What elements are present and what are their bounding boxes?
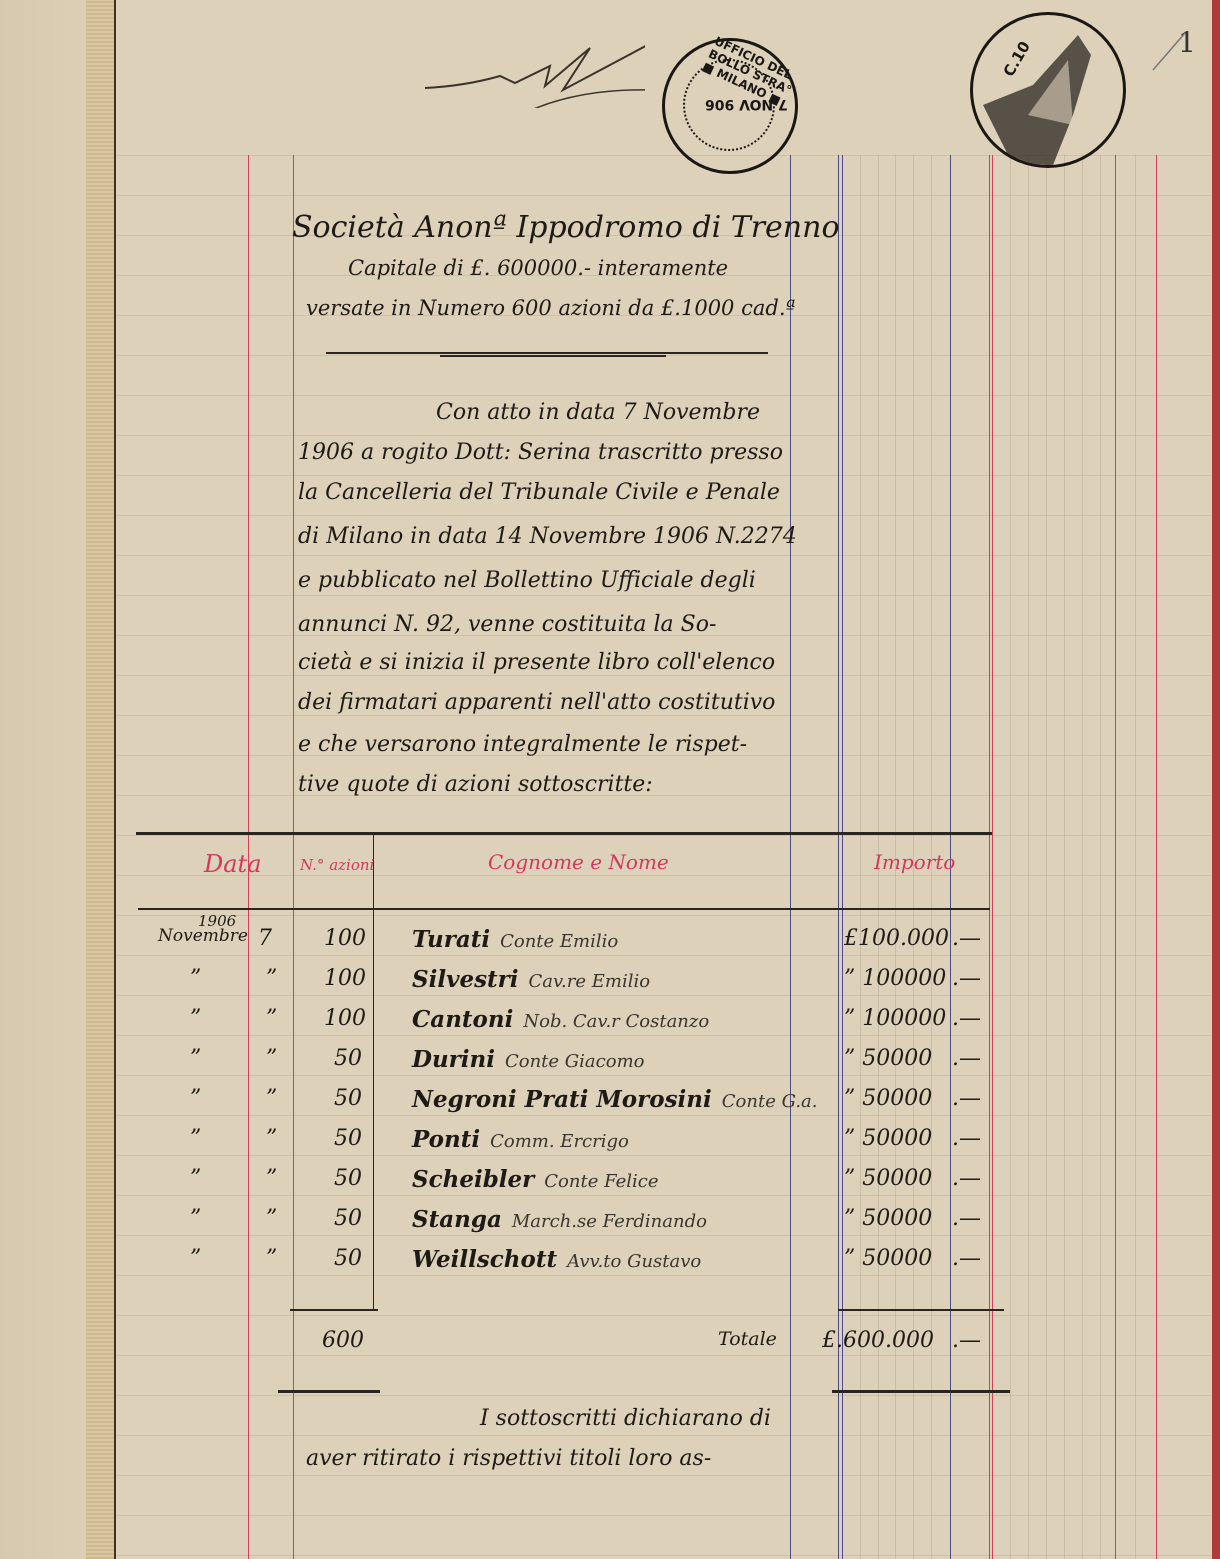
amount-total-rule <box>832 1390 1010 1393</box>
row-shares: 100 <box>324 926 366 951</box>
table-row: ” ” 50 StangaMarch.se Ferdinando ” 50000… <box>116 1206 1212 1246</box>
row-month: ” <box>190 966 201 991</box>
facing-page <box>0 0 86 1559</box>
row-cents: .— <box>952 1046 981 1071</box>
row-given-name: Conte G.a. <box>722 1091 818 1112</box>
row-amount: ” 100000 <box>844 966 946 991</box>
row-surname: Negroni Prati Morosini <box>412 1086 712 1113</box>
total-label: Totale <box>718 1328 777 1350</box>
total-amount: £.600.000 <box>822 1328 934 1353</box>
row-given-name: Cav.re Emilio <box>529 971 651 992</box>
row-month: ” <box>190 1006 201 1031</box>
grid-line <box>1082 155 1083 1559</box>
table-row: ” ” 100 SilvestriCav.re Emilio ” 100000 … <box>116 966 1212 1006</box>
row-amount: £100.000 <box>844 926 949 951</box>
row-day: ” <box>266 966 277 991</box>
grid-line <box>1046 155 1047 1559</box>
table-row: ” ” 50 Negroni Prati MorosiniConte G.a. … <box>116 1086 1212 1126</box>
shares-column-rule <box>293 155 294 1559</box>
row-day: ” <box>266 1246 277 1271</box>
extra-column-rule <box>1115 155 1116 1559</box>
row-month: ” <box>190 1046 201 1071</box>
narrative-line: cietà e si inizia il presente libro coll… <box>298 650 775 675</box>
row-amount: ” 50000 <box>844 1166 932 1191</box>
grid-line <box>1100 155 1101 1559</box>
grid-line <box>1010 155 1011 1559</box>
row-amount: ” 50000 <box>844 1046 932 1071</box>
row-day: ” <box>266 1046 277 1071</box>
name-column-rule <box>790 155 791 1559</box>
row-amount: ” 100000 <box>844 1006 946 1031</box>
office-stamp-date: 7 NOV 906 <box>705 96 788 112</box>
row-cents: .— <box>952 1006 981 1031</box>
table-row: ” ” 50 ScheiblerConte Felice ” 50000 .— <box>116 1166 1212 1206</box>
row-surname: Weillschott <box>412 1246 557 1273</box>
row-cents: .— <box>952 1206 981 1231</box>
grid-line <box>1028 155 1029 1559</box>
row-amount: ” 50000 <box>844 1206 932 1231</box>
narrative-line: 1906 a rogito Dott: Serina trascritto pr… <box>298 440 783 465</box>
row-surname: Durini <box>412 1046 495 1073</box>
row-amount: ” 50000 <box>844 1246 932 1271</box>
table-row: ” ” 50 PontiComm. Ercrigo ” 50000 .— <box>116 1126 1212 1166</box>
narrative-line: e che versarono integralmente le rispet- <box>298 732 747 757</box>
row-given-name: Comm. Ercrigo <box>490 1131 629 1152</box>
row-day: ” <box>266 1206 277 1231</box>
book-binding <box>86 0 116 1559</box>
amount-subtotal-rule <box>838 1309 1004 1311</box>
row-surname: Scheibler <box>412 1166 534 1193</box>
total-shares: 600 <box>322 1328 364 1353</box>
narrative-line: Con atto in data 7 Novembre <box>436 400 760 425</box>
office-stamp: UFFICIO DEL BOLLO STRA° ■ MILANO ■ 7 NOV… <box>662 38 798 174</box>
row-shares: 50 <box>334 1246 362 1271</box>
row-given-name: March.se Ferdinando <box>512 1211 707 1232</box>
row-cents: .— <box>952 1126 981 1151</box>
row-shares: 50 <box>334 1046 362 1071</box>
row-cents: .— <box>952 1166 981 1191</box>
closing-line: aver ritirato i rispettivi titoli loro a… <box>306 1446 711 1471</box>
row-surname: Ponti <box>412 1126 480 1153</box>
table-header-rule <box>138 908 990 910</box>
narrative-line: annunci N. 92, venne costituita la So- <box>298 612 716 637</box>
row-given-name: Nob. Cav.r Costanzo <box>523 1011 709 1032</box>
row-day: ” <box>266 1166 277 1191</box>
extra-column-rule <box>1156 155 1157 1559</box>
right-margin-rule <box>992 155 993 1559</box>
capital-line: Capitale di £. 600000.- interamente <box>348 256 728 280</box>
narrative-line: dei firmatari apparenti nell'atto costit… <box>298 690 775 715</box>
page-number-stroke <box>1150 30 1190 75</box>
row-shares: 50 <box>334 1166 362 1191</box>
heading-underline <box>326 352 768 354</box>
row-cents: .— <box>952 1246 981 1271</box>
row-month: ” <box>190 1206 201 1231</box>
row-day: ” <box>266 1006 277 1031</box>
row-month: Novembre <box>158 926 248 946</box>
table-row: Novembre 7 100 TuratiConte Emilio £100.0… <box>116 926 1212 966</box>
header-date: Data <box>204 850 262 878</box>
row-shares: 100 <box>324 966 366 991</box>
shares-subtotal-rule <box>290 1309 378 1311</box>
table-row: ” ” 50 WeillschottAvv.to Gustavo ” 50000… <box>116 1246 1212 1286</box>
row-shares: 50 <box>334 1206 362 1231</box>
header-amount: Importo <box>874 850 955 874</box>
row-month: ” <box>190 1166 201 1191</box>
right-margin-rule <box>989 155 990 1559</box>
row-surname: Stanga <box>412 1206 502 1233</box>
row-cents: .— <box>952 926 981 951</box>
row-surname: Cantoni <box>412 1006 513 1033</box>
header-name: Cognome e Nome <box>488 850 669 874</box>
closing-line: I sottoscritti dichiarano di <box>480 1406 771 1431</box>
row-day: ” <box>266 1126 277 1151</box>
row-amount: ” 50000 <box>844 1086 932 1111</box>
narrative-line: la Cancelleria del Tribunale Civile e Pe… <box>298 480 780 505</box>
table-top-rule <box>136 832 992 835</box>
row-given-name: Conte Felice <box>544 1171 658 1192</box>
page-edge <box>1212 0 1220 1559</box>
shares-line: versate in Numero 600 azioni da £.1000 c… <box>306 296 795 320</box>
row-surname: Silvestri <box>412 966 519 993</box>
company-title: Società Anonª Ippodromo di Trenno <box>292 210 840 245</box>
row-amount: ” 50000 <box>844 1126 932 1151</box>
row-shares: 100 <box>324 1006 366 1031</box>
row-given-name: Conte Emilio <box>500 931 618 952</box>
row-day: ” <box>266 1086 277 1111</box>
narrative-line: e pubblicato nel Bollettino Ufficiale de… <box>298 568 756 593</box>
row-given-name: Conte Giacomo <box>505 1051 645 1072</box>
row-cents: .— <box>952 966 981 991</box>
table-row: ” ” 50 DuriniConte Giacomo ” 50000 .— <box>116 1046 1212 1086</box>
revenue-stamp: C.10 <box>970 12 1126 168</box>
header-shares: N.° azioni <box>300 856 374 874</box>
shares-total-rule <box>278 1390 380 1393</box>
row-month: ” <box>190 1126 201 1151</box>
row-surname: Turati <box>412 926 490 953</box>
row-shares: 50 <box>334 1126 362 1151</box>
figure-engraving-icon <box>973 15 1123 165</box>
grid-line <box>1064 155 1065 1559</box>
row-month: ” <box>190 1246 201 1271</box>
row-given-name: Avv.to Gustavo <box>567 1251 701 1272</box>
total-cents: .— <box>952 1328 981 1353</box>
row-month: ” <box>190 1086 201 1111</box>
row-day: 7 <box>258 926 272 951</box>
narrative-line: tive quote di azioni sottoscritte: <box>298 772 653 797</box>
row-cents: .— <box>952 1086 981 1111</box>
table-row: ” ” 100 CantoniNob. Cav.r Costanzo ” 100… <box>116 1006 1212 1046</box>
narrative-line: di Milano in data 14 Novembre 1906 N.227… <box>298 524 797 549</box>
signature <box>405 28 645 108</box>
heading-underline-2 <box>440 355 666 357</box>
row-shares: 50 <box>334 1086 362 1111</box>
grid-line <box>1135 155 1136 1559</box>
